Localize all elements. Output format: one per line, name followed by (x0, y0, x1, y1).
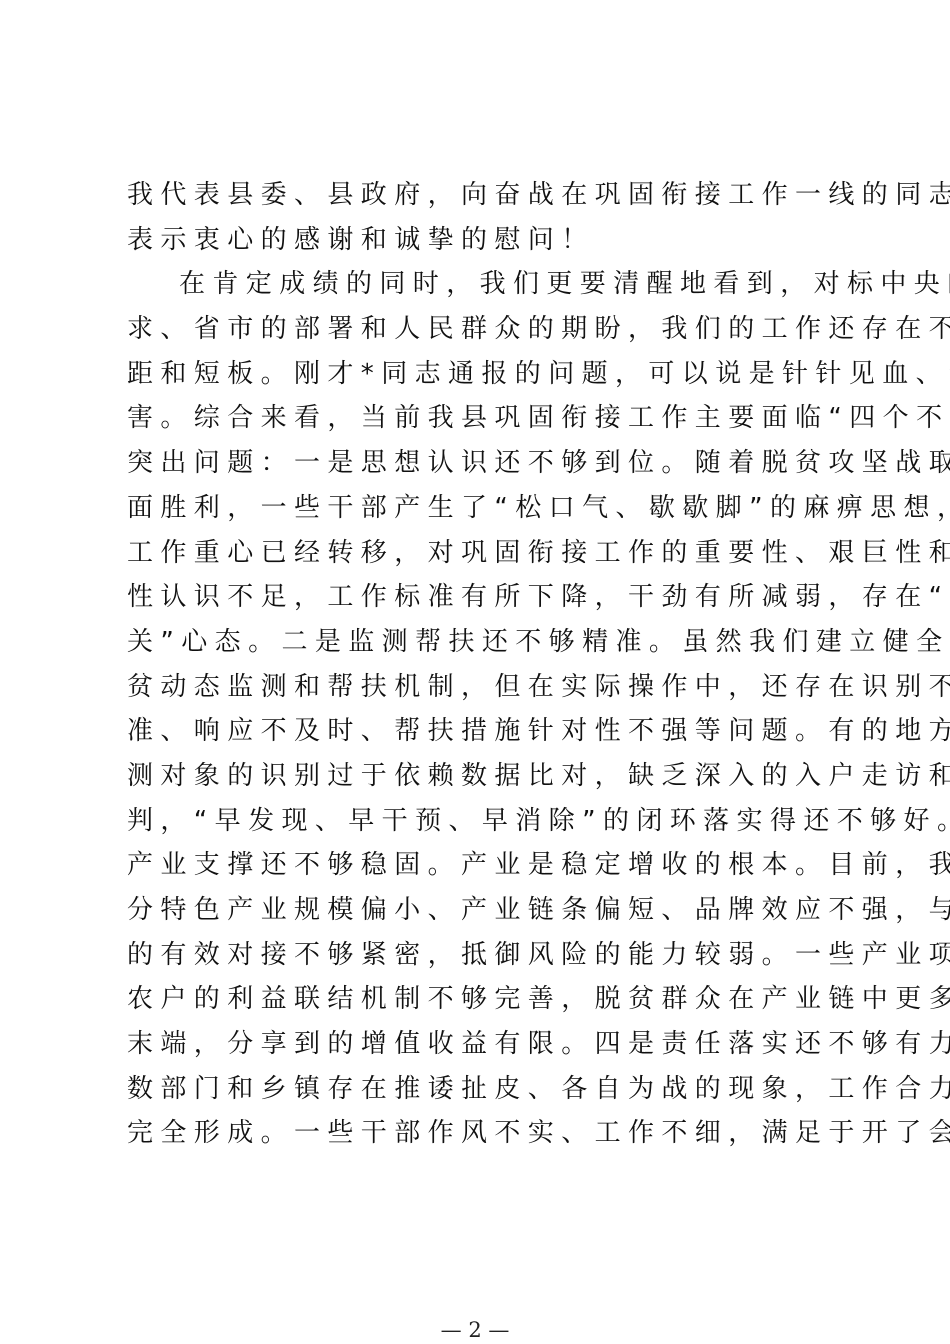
text-line: 害。综合来看，当前我县巩固衔接工作主要面临“四个不够”的 (127, 396, 837, 441)
text-line: 判，“早发现、早干预、早消除”的闭环落实得还不够好。三是 (127, 799, 837, 844)
text-line: 测对象的识别过于依赖数据比对，缺乏深入的入户走访和研 (127, 754, 837, 799)
text-line: 贫动态监测和帮扶机制，但在实际操作中，还存在识别不精 (127, 665, 837, 710)
text-line: 突出问题：一是思想认识还不够到位。随着脱贫攻坚战取得全 (127, 441, 837, 486)
page-number: — 2 — (0, 1318, 950, 1342)
text-line: 的有效对接不够紧密，抵御风险的能力较弱。一些产业项目与 (127, 933, 837, 978)
text-line: 产业支撑还不够稳固。产业是稳定增收的根本。目前，我县部 (127, 843, 837, 888)
text-line: 农户的利益联结机制不够完善，脱贫群众在产业链中更多处于 (127, 977, 837, 1022)
text-line: 完全形成。一些干部作风不实、工作不细，满足于开了会、发 (127, 1111, 837, 1156)
document-page: 我代表县委、县政府，向奋战在巩固衔接工作一线的同志们， 表示衷心的感谢和诚挚的慰… (0, 0, 950, 1344)
text-line: 我代表县委、县政府，向奋战在巩固衔接工作一线的同志们， (127, 173, 837, 218)
text-line: 关”心态。二是监测帮扶还不够精准。虽然我们建立健全了防返 (127, 620, 837, 665)
text-line: 准、响应不及时、帮扶措施针对性不强等问题。有的地方对监 (127, 709, 837, 754)
text-line: 分特色产业规模偏小、产业链条偏短、品牌效应不强，与市场 (127, 888, 837, 933)
text-line: 工作重心已经转移，对巩固衔接工作的重要性、艰巨性和长期 (127, 531, 837, 576)
text-line: 性认识不足，工作标准有所下降，干劲有所减弱，存在“过 (127, 575, 837, 620)
text-line: 求、省市的部署和人民群众的期盼，我们的工作还存在不小差 (127, 307, 837, 352)
text-line: 数部门和乡镇存在推诿扯皮、各自为战的现象，工作合力没有 (127, 1067, 837, 1112)
body-text: 我代表县委、县政府，向奋战在巩固衔接工作一线的同志们， 表示衷心的感谢和诚挚的慰… (127, 173, 837, 1156)
text-line: 面胜利，一些干部产生了“松口气、歇歇脚”的麻痹思想，认为 (127, 486, 837, 531)
text-line: 距和短板。刚才*同志通报的问题，可以说是针针见血、切中要 (127, 352, 837, 397)
text-line: 末端，分享到的增值收益有限。四是责任落实还不够有力。少 (127, 1022, 837, 1067)
text-line: 表示衷心的感谢和诚挚的慰问！ (127, 218, 837, 263)
paragraph-first-line: 在肯定成绩的同时，我们更要清醒地看到，对标中央的要 (127, 262, 837, 307)
